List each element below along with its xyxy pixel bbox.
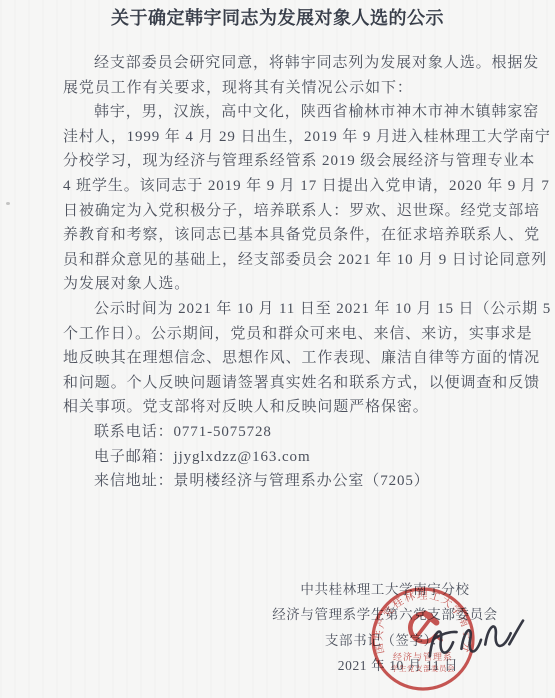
body-line: 养教育和考察，该同志已基本具备党员条件，在征求培养联系人、党 — [63, 223, 495, 248]
body-line: 来信地址：景明楼经济与管理系办公室（7205） — [63, 469, 495, 494]
notice-title: 关于确定韩宇同志为发展对象人选的公示 — [0, 5, 555, 31]
body-line: 展党员工作有关要求，现将其有关情况公示如下： — [63, 76, 495, 101]
body-line: 韩宇，男，汉族，高中文化，陕西省榆林市神木市神木镇韩家窑 — [63, 100, 495, 125]
body-line: 员和群众意见的基础上，经支部委员会 2021 年 10 月 9 日讨论同意列 — [63, 248, 495, 273]
body-line: 相关事项。党支部将对反映人和反映问题严格保密。 — [63, 395, 495, 420]
body-line: 和问题。个人反映问题请签署真实姓名和联系方式，以便调查和反馈 — [63, 371, 495, 396]
notice-body: 经支部委员会研究同意，将韩宇同志列为发展对象人选。根据发展党员工作有关要求，现将… — [63, 51, 495, 494]
body-line: 为发展对象人选。 — [63, 272, 495, 297]
body-line: 日被确定为入党积极分子，培养联系人：罗欢、迟世琛。经党支部培 — [63, 199, 495, 224]
body-line: 分校学习，现为经济与管理系经管系 2019 级会展经济与管理专业本 — [63, 149, 495, 174]
handwritten-signature — [423, 614, 531, 666]
scanned-notice-page: 关于确定韩宇同志为发展对象人选的公示 经支部委员会研究同意，将韩宇同志列为发展对… — [0, 0, 555, 698]
scan-artifact-dot — [6, 202, 10, 205]
body-line: 地反映其在理想信念、思想作风、工作表现、廉洁自律等方面的情况 — [63, 346, 495, 371]
body-line: 公示时间为 2021 年 10 月 11 日至 2021 年 10 月 15 日… — [63, 297, 495, 322]
body-line: 电子邮箱：jjyglxdzz@163.com — [63, 445, 495, 470]
body-line: 4 班学生。该同志于 2019 年 9 月 17 日提出入党申请，2020 年 … — [63, 174, 495, 199]
body-line: 联系电话：0771-5075728 — [63, 420, 495, 445]
body-line: 经支部委员会研究同意，将韩宇同志列为发展对象人选。根据发 — [63, 51, 495, 76]
body-line: 个工作日）。公示期间，党员和群众可来电、来信、来访，实事求是 — [63, 322, 495, 347]
body-line: 洼村人，1999 年 4 月 29 日出生，2019 年 9 月进入桂林理工大学… — [63, 125, 495, 150]
